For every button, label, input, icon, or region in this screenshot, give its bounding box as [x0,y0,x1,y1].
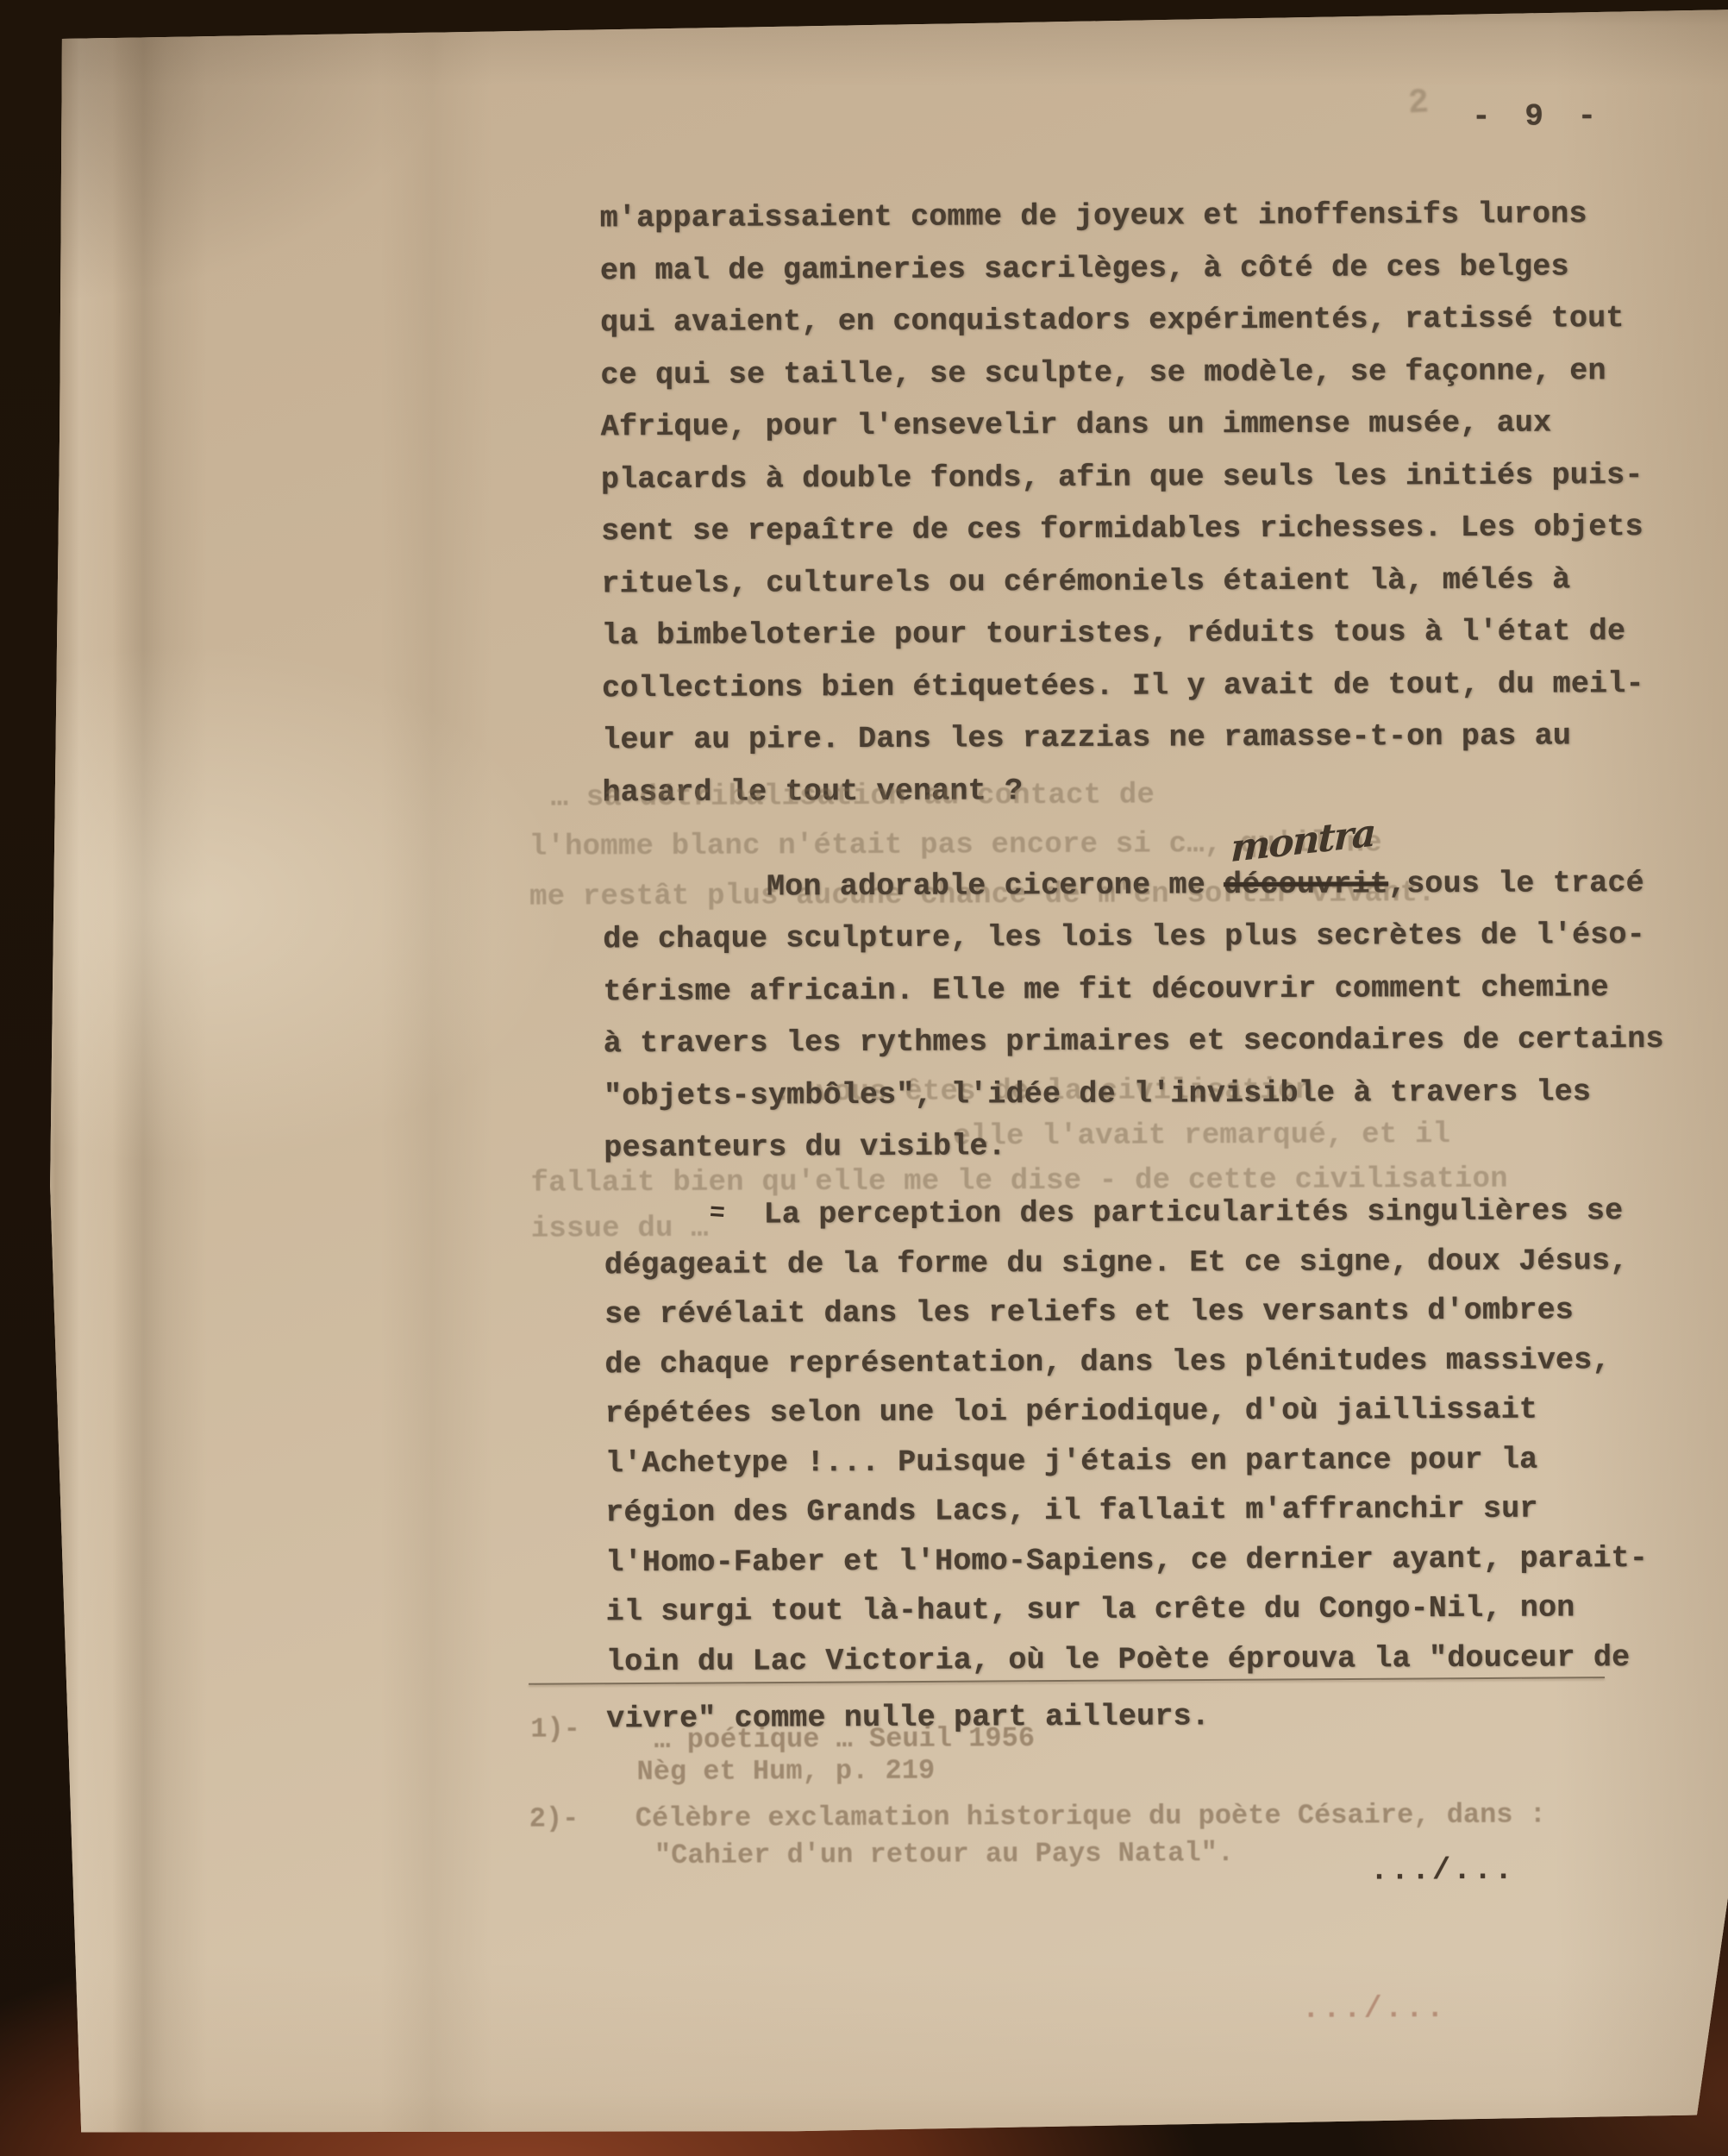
typed-line: en mal de gamineries sacrilèges, à côté … [600,249,1569,288]
handwritten-correction: montra [1230,811,1375,871]
typed-line: m'apparaissaient comme de joyeux et inof… [600,197,1587,235]
ghost-line: elle l'avait remarqué, et il [953,1119,1450,1154]
typed-line: à travers les rythmes primaires et secon… [604,1022,1664,1061]
typed-line: qui avaient, en conquistadors expériment… [600,301,1625,340]
typed-line: ce qui se taille, se sculpte, se modèle,… [600,354,1606,392]
typed-line: l'Achetype !... Puisque j'étais en parta… [605,1443,1538,1482]
ghost-line: … sa détribalisation au contact de [550,780,1155,815]
typed-line-with-strikethrough: Mon adorable cicerone me découvrit,sous … [767,866,1644,904]
typed-line: se révélait dans les reliefs et les vers… [604,1293,1574,1332]
typed-line: la bimbeloterie pour touristes, réduits … [602,614,1626,653]
typed-line: rituels, culturels ou cérémoniels étaien… [601,562,1570,601]
typed-line: dégageait de la forme du signe. Et ce si… [604,1244,1629,1282]
footnote-line: Nèg et Hum, p. 219 [636,1756,935,1789]
typed-line: Afrique, pour l'ensevelir dans un immens… [601,406,1552,445]
page-number-ghost: 2 [1407,83,1452,124]
typed-line: pesanteurs du visible. [604,1129,1006,1165]
typed-line: collections bien étiquetées. Il y avait … [602,667,1644,705]
typed-line: région des Grands Lacs, il fallait m'aff… [605,1492,1538,1531]
typed-line: de chaque sculpture, les lois les plus s… [603,918,1645,956]
typed-line: placards à double fonds, afin que seuls … [601,458,1643,497]
footnote-marker: 2)- [529,1803,579,1834]
photo-scene: 2 - 9 - m'apparaissaient comme de joyeux… [0,0,1728,2156]
line-pre: Mon adorable cicerone me [767,868,1224,904]
struck-word: découvrit [1224,867,1388,902]
page-number: - 9 - [1472,98,1604,135]
typed-line: La perception des particularités singuli… [764,1194,1624,1232]
typed-line: loin du Lac Victoria, où le Poète éprouv… [606,1640,1631,1679]
line-post: ,sous le tracé [1388,866,1644,901]
text-layer: 2 - 9 - m'apparaissaient comme de joyeux… [0,0,1728,2156]
typewritten-page: 2 - 9 - m'apparaissaient comme de joyeux… [0,0,1728,2156]
typed-line: répétées selon une loi périodique, d'où … [605,1393,1538,1432]
footnote-line: … poétique … Seuil 1956 [654,1723,1035,1756]
typed-line: l'Homo-Faber et l'Homo-Sapiens, ce derni… [605,1541,1648,1580]
continuation-mark-faint: .../... [1302,1991,1447,2027]
footnote-line: "Cahier d'un retour au Pays Natal". [654,1838,1234,1871]
typed-line: térisme africain. Elle me fit découvrir … [603,970,1608,1009]
ghost-line: issue du … [531,1213,709,1246]
typed-line: "objets-symbôles", l'idée de l'invisible… [604,1075,1591,1113]
typed-line: leur au pire. Dans les razzias ne ramass… [602,718,1571,757]
typed-line: de chaque représentation, dans les pléni… [604,1343,1610,1382]
typed-line: il surgi tout là-haut, sur la crête du C… [606,1590,1575,1629]
handwritten-paragraph-mark: = [709,1199,726,1229]
continuation-mark: .../... [1370,1853,1515,1889]
footnote-line: Célèbre exclamation historique du poète … [635,1800,1546,1835]
footnote-marker: 1)- [530,1714,580,1745]
typed-line: sent se repaître de ces formidables rich… [601,510,1643,548]
